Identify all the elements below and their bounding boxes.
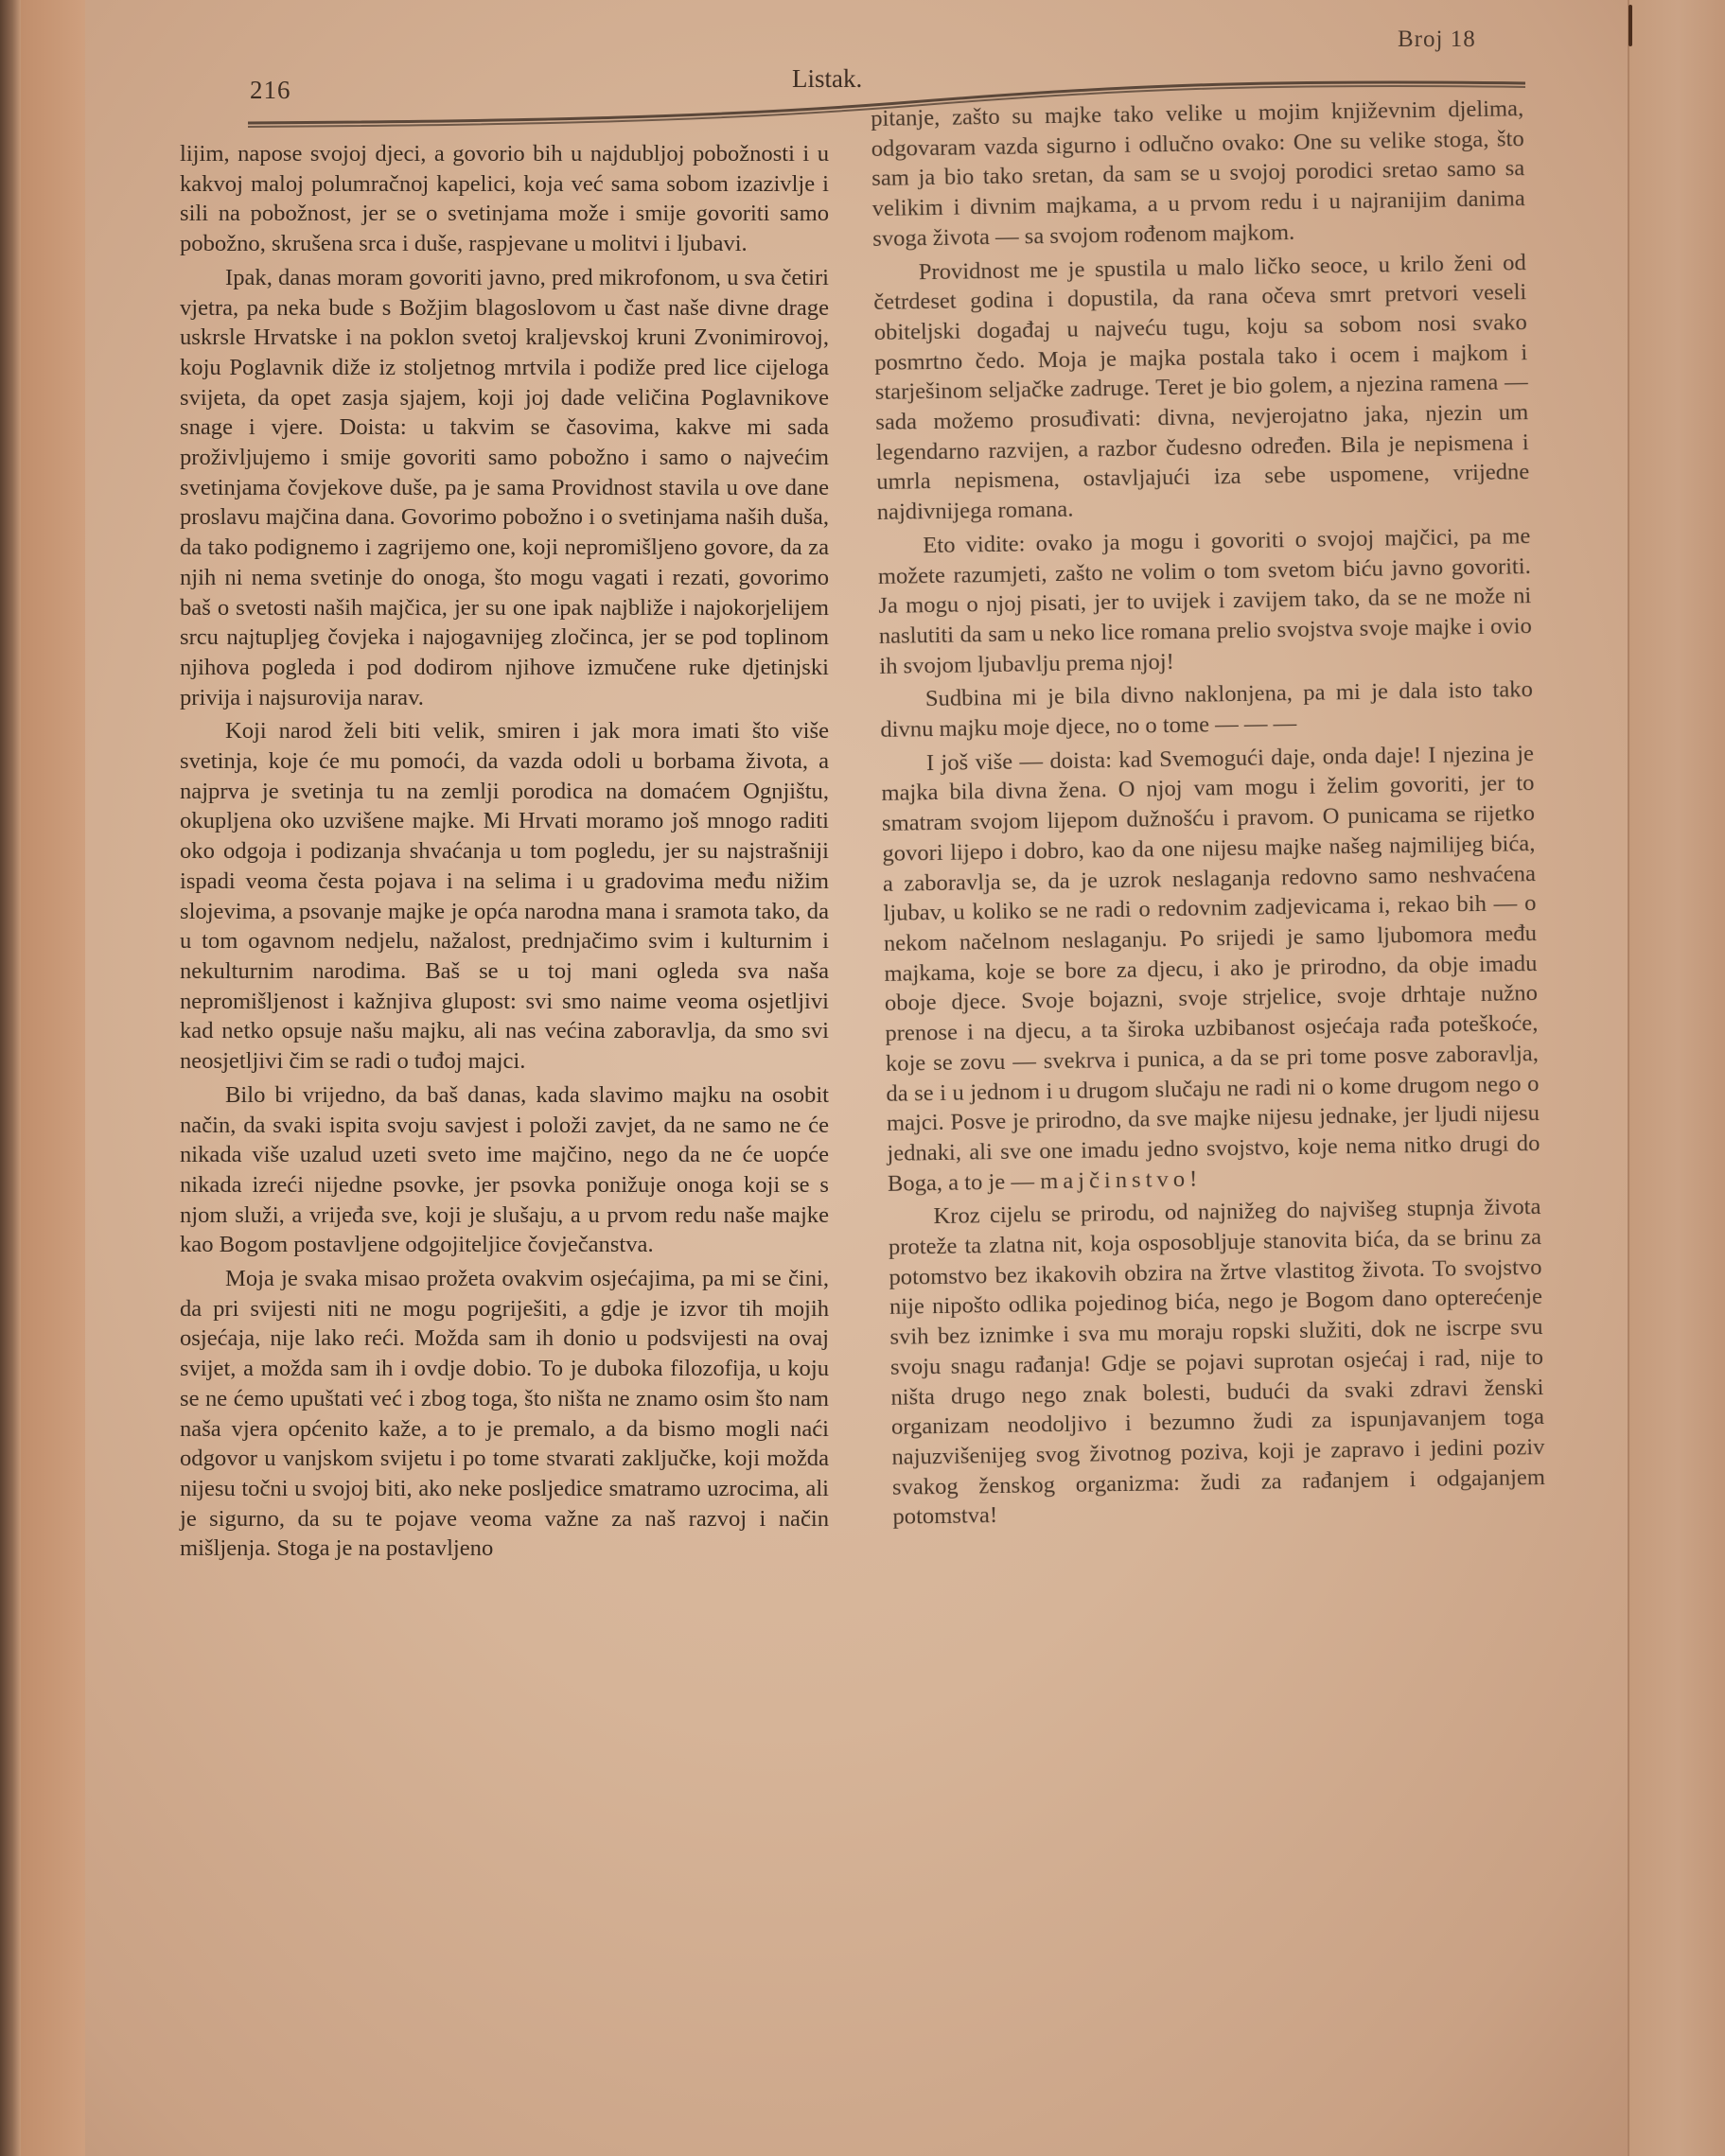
emphasized-word: majčinstvo! [1040,1166,1203,1194]
issue-number: Broj 18 [1398,26,1476,53]
paragraph: Ipak, danas moram govoriti javno, pred m… [180,263,829,713]
paragraph: Bilo bi vrijedno, da baš danas, kada sla… [180,1080,829,1260]
paragraph-text: I još više — doista: kad Svemogući daje,… [881,741,1540,1197]
left-column: lijim, napose svojoj djeci, a govorio bi… [180,139,829,1564]
paragraph: pitanje, zašto su majke tako velike u mo… [871,94,1525,254]
paragraph: I još više — doista: kad Svemogući daje,… [881,739,1540,1199]
right-column: pitanje, zašto su majke tako velike u mo… [871,94,1546,1533]
book-binding-left [0,0,21,2156]
paragraph: Kroz cijelu se prirodu, od najnižeg do n… [888,1192,1545,1533]
paragraph: Providnost me je spustila u malo ličko s… [873,248,1530,528]
paragraph: Moja je svaka misao prožeta ovakvim osje… [180,1264,829,1564]
paragraph: Koji narod želi biti velik, smiren i jak… [180,716,829,1076]
next-page-edge [1628,0,1725,2156]
page-edge-mark [1628,5,1632,46]
paragraph: lijim, napose svojoj djeci, a govorio bi… [180,139,829,259]
paragraph: Eto vidite: ovako ja mogu i govoriti o s… [877,521,1532,681]
paragraph: Sudbina mi je bila divno naklonjena, pa … [880,675,1534,745]
